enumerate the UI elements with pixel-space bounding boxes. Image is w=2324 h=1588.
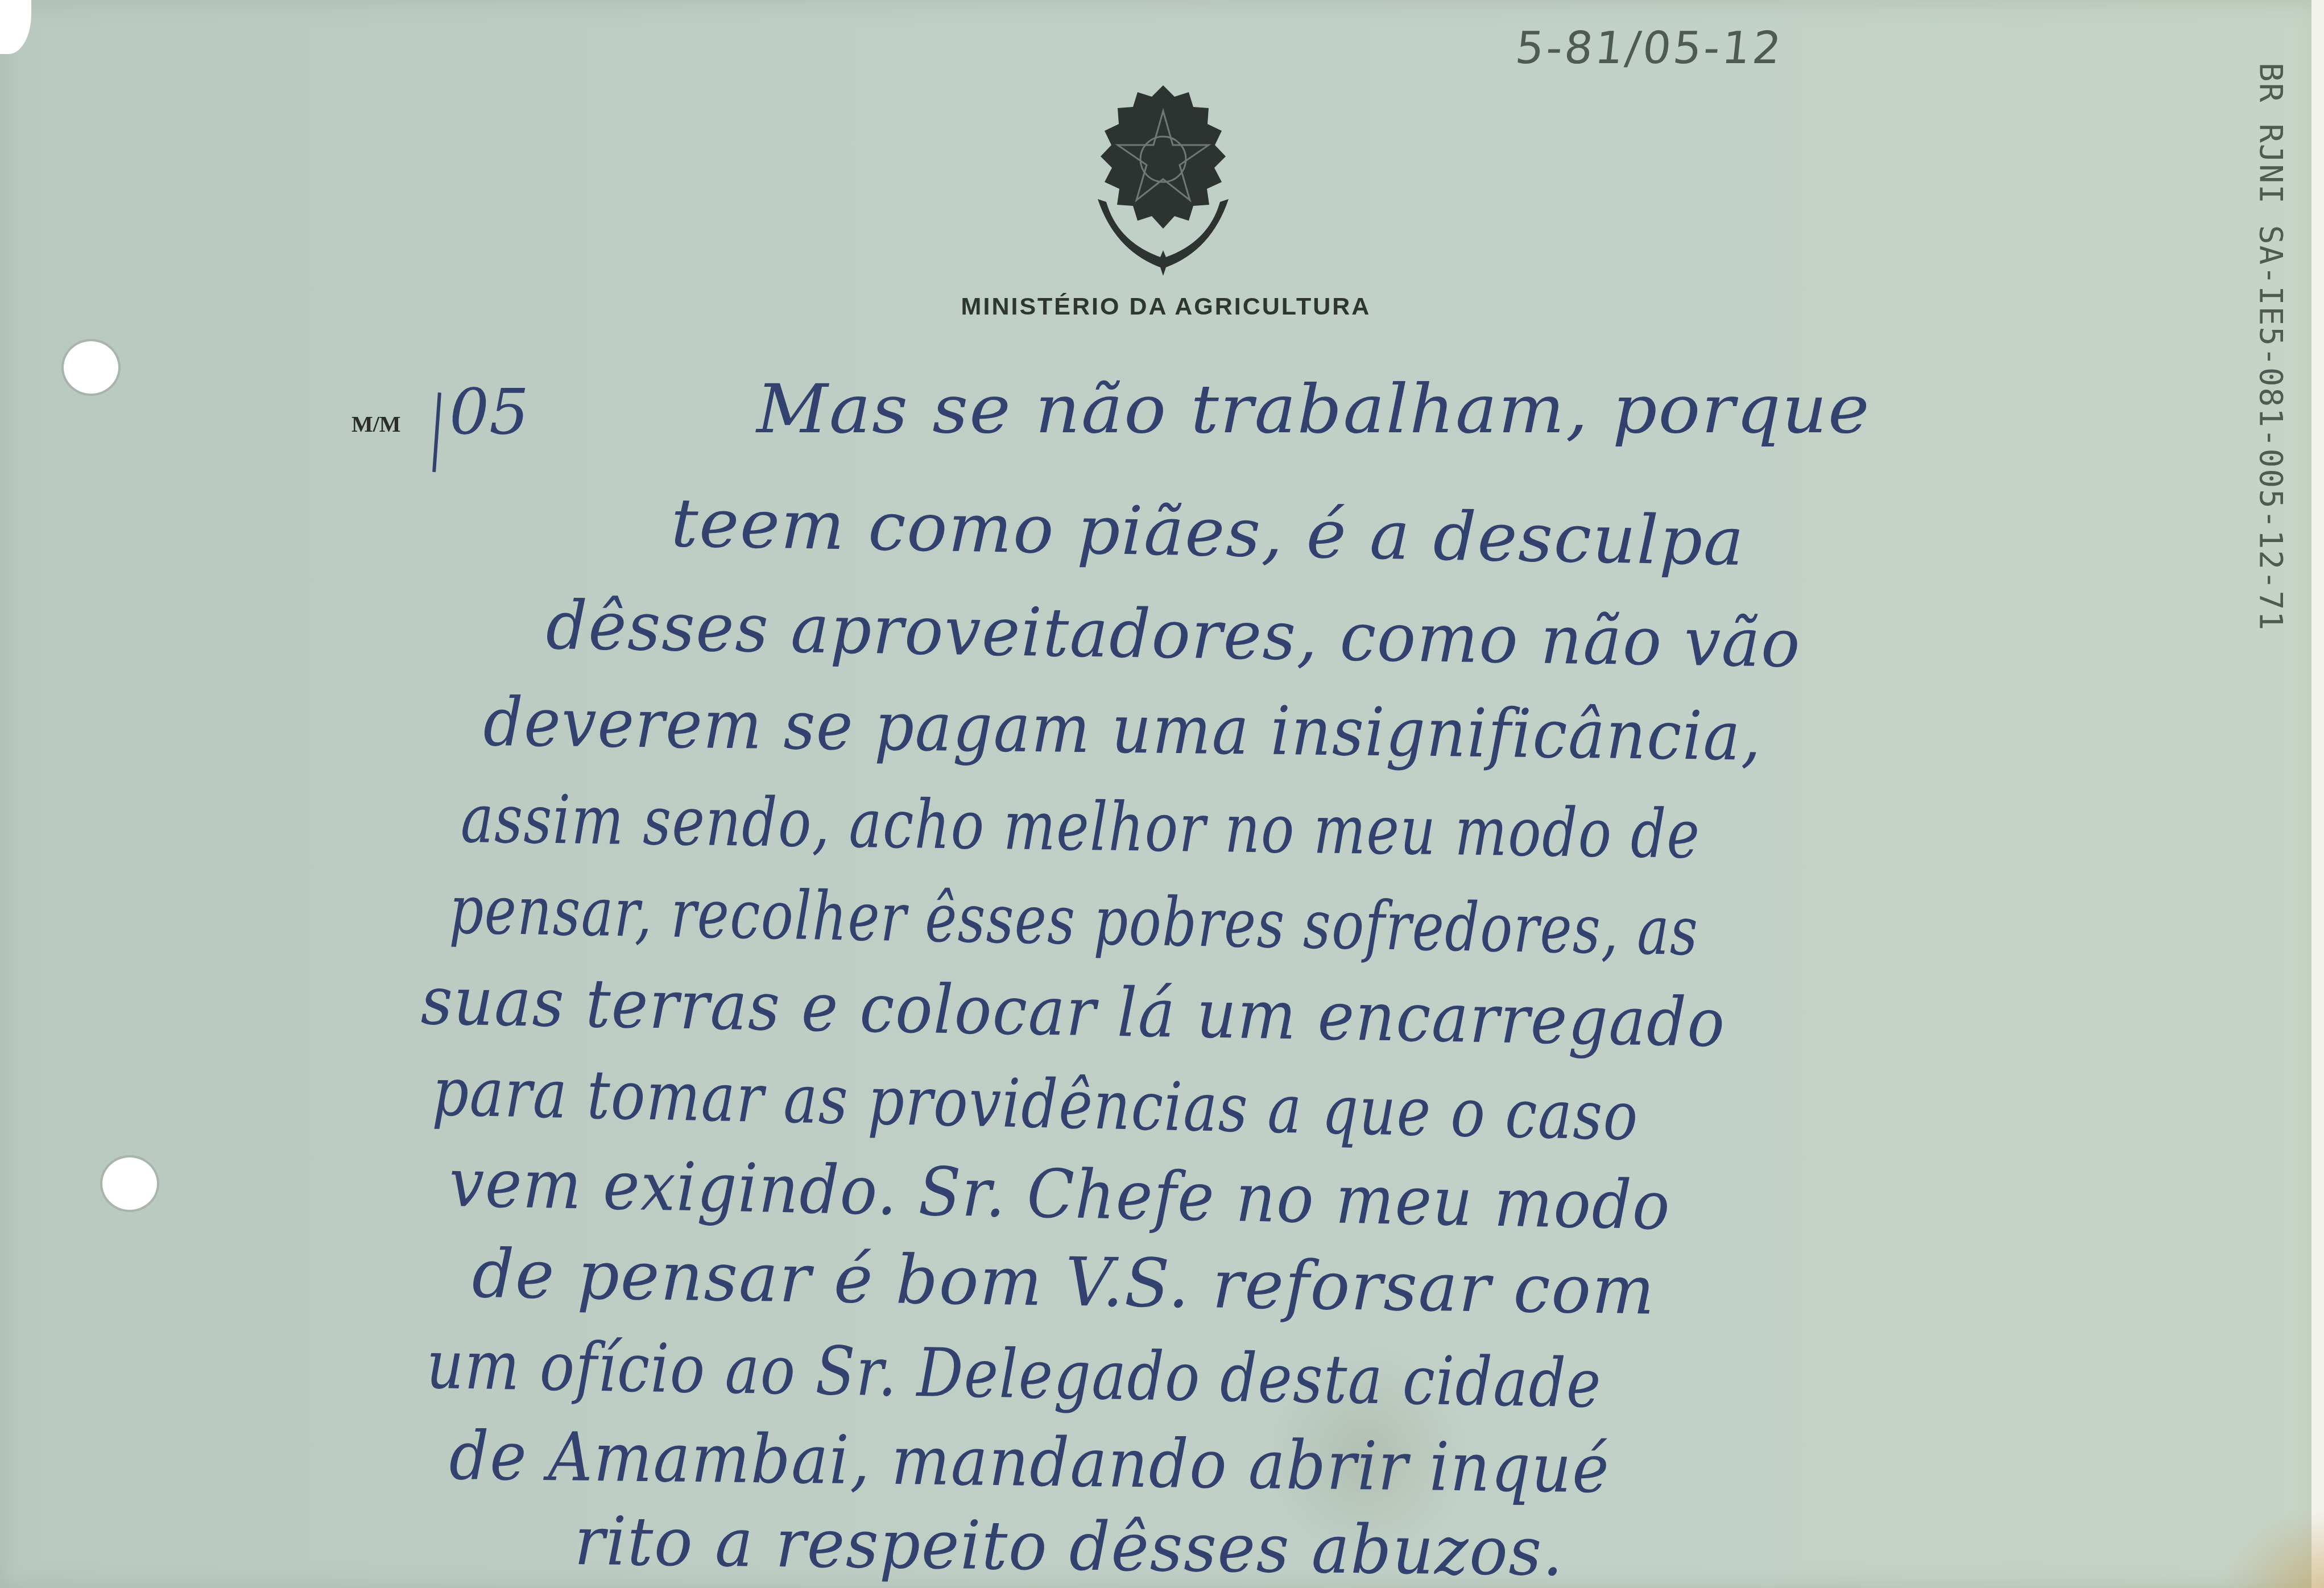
letter-line: teem como piães, é a desculpa [671, 489, 1746, 575]
letter-line: vem exigindo. Sr. Chefe no meu modo [449, 1149, 1671, 1239]
letter-line: de Amambai, mandando abrir inqué [449, 1422, 1610, 1502]
letter-line: de pensar é bom V.S. reforsar com [472, 1240, 1656, 1324]
letter-line: dêsses aproveitadores, como não vão [545, 592, 1801, 677]
letter-line: Mas se não trabalham, porque [756, 375, 1871, 443]
letter-line: assim sendo, acho melhor no meu modo de [460, 785, 1701, 868]
letter-line: um ofício ao Sr. Delegado desta cidade [426, 1331, 1602, 1417]
handwritten-letter-body: Mas se não trabalham, porque teem como p… [0, 0, 2324, 1588]
letter-line: para tomar as providências a que o caso [432, 1058, 1639, 1150]
letter-line: pensar, recolher êsses pobres sofredores… [449, 876, 1699, 965]
letter-line: rito a respeito dêsses abuzos. [574, 1507, 1564, 1585]
letter-line: suas terras e colocar lá um encarregado [420, 967, 1726, 1056]
letter-line: deverem se pagam uma insignificância, [483, 688, 1762, 770]
document-page: 5-81/05-12 BR RJNI SA-IE5-081-005-12-71 … [0, 0, 2324, 1588]
